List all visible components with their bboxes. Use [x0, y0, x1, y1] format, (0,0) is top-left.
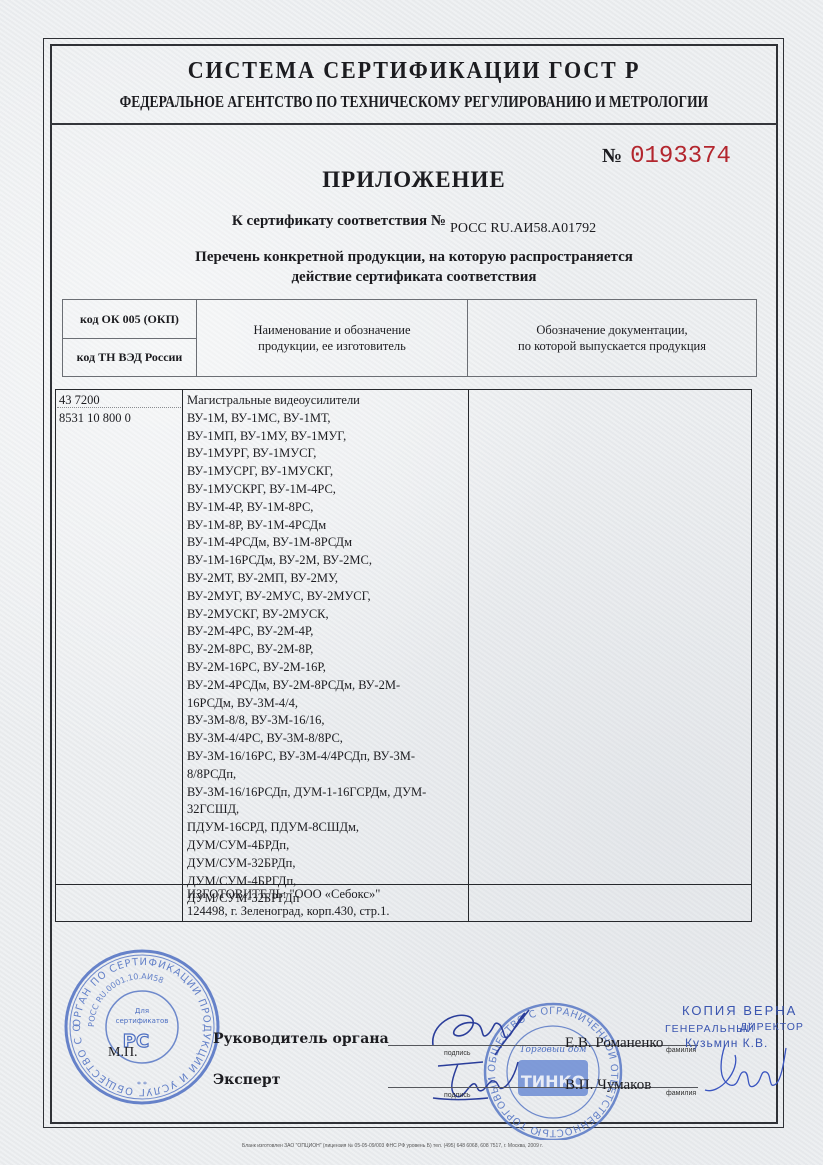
product-line: ВУ-1М, ВУ-1МС, ВУ-1МТ,: [187, 410, 465, 428]
product-line: ВУ-3М-8/8, ВУ-3М-16/16,: [187, 712, 465, 730]
head-name: Е.В. Романенко: [565, 1035, 663, 1052]
product-line: ВУ-1М-16РСДм, ВУ-2М, ВУ-2МС,: [187, 552, 465, 570]
surname-caption: фамилия: [666, 1090, 696, 1097]
code-okp-label: код ОК 005 (ОКП): [63, 300, 196, 339]
svg-text:* *: * *: [137, 1080, 147, 1089]
expert-signature-icon: [428, 1056, 528, 1106]
system-title: СИСТЕМА СЕРТИФИКАЦИИ ГОСТ Р: [79, 58, 749, 85]
name-header-line-1: Наименование и обозначение: [253, 322, 410, 338]
product-line: 32ГСШД,: [187, 801, 465, 819]
expert-signature-line: [388, 1087, 698, 1088]
svg-text:сертификатов: сертификатов: [116, 1017, 169, 1025]
code-tnved-label: код ТН ВЭД России: [63, 339, 196, 377]
product-line: ВУ-1МП, ВУ-1МУ, ВУ-1МУГ,: [187, 428, 465, 446]
expert-label: Эксперт: [213, 1072, 280, 1088]
product-codes: 43 7200 8531 10 800 0: [59, 392, 131, 428]
product-line: ВУ-1МУСКРГ, ВУ-1М-4РС,: [187, 481, 465, 499]
svg-text:Для: Для: [135, 1007, 149, 1015]
name-column-header: Наименование и обозначение продукции, ее…: [197, 300, 468, 376]
signature-caption: подпись: [444, 1092, 470, 1099]
certification-seal-icon: ОРГАН ПО СЕРТИФИКАЦИИ ПРОДУКЦИИ И УСЛУГ …: [62, 947, 222, 1107]
name-header-line-2: продукции, ее изготовитель: [253, 338, 410, 354]
product-category: Магистральные видеоусилители: [187, 392, 465, 410]
product-line: ВУ-2М-4РС, ВУ-2М-4Р,: [187, 623, 465, 641]
manufacturer: ИЗГОТОВИТЕЛЬ: "ООО «Себокс»" 124498, г. …: [187, 886, 389, 920]
serial-value: 0193374: [630, 143, 731, 170]
column-divider: [468, 389, 469, 922]
product-line: ВУ-2М-16РС, ВУ-2М-16Р,: [187, 659, 465, 677]
scope-line-2: действие сертификата соответствия: [50, 267, 778, 287]
manufacturer-name: ИЗГОТОВИТЕЛЬ: "ООО «Себокс»": [187, 886, 389, 903]
product-line: ВУ-1М-8Р, ВУ-1М-4РСДм: [187, 517, 465, 535]
product-line: ВУ-1МУРГ, ВУ-1МУСГ,: [187, 445, 465, 463]
code-tnved-value: 8531 10 800 0: [59, 410, 131, 428]
certificate-label: К сертификату соответствия №: [232, 213, 446, 229]
head-label: Руководитель органа: [213, 1031, 389, 1047]
product-list: Магистральные видеоусилителиВУ-1М, ВУ-1М…: [187, 392, 465, 908]
docs-header-line-2: по которой выпускается продукция: [518, 338, 706, 354]
signature-caption: подпись: [444, 1050, 470, 1057]
product-line: ВУ-2М-4РСДм, ВУ-2М-8РСДм, ВУ-2М-: [187, 677, 465, 695]
product-line: ПДУМ-16СРД, ПДУМ-8СШДм,: [187, 819, 465, 837]
column-divider: [182, 389, 183, 922]
table-header: код ОК 005 (ОКП) код ТН ВЭД России Наиме…: [62, 299, 757, 377]
product-line: ВУ-1М-4Р, ВУ-1М-8РС,: [187, 499, 465, 517]
copy-certified-text: КОПИЯ ВЕРНА: [682, 1004, 797, 1018]
copy-position-2: ДИРЕКТОР: [740, 1020, 804, 1034]
docs-header-line-1: Обозначение документации,: [518, 322, 706, 338]
certificate-reference: К сертификату соответствия №РОСС RU.АИ58…: [50, 213, 778, 230]
serial-prefix: №: [602, 145, 622, 167]
product-line: ВУ-1М-4РСДм, ВУ-1М-8РСДм: [187, 534, 465, 552]
product-line: ДУМ/СУМ-4БРДп,: [187, 837, 465, 855]
product-line: ВУ-2МУСКГ, ВУ-2МУСК,: [187, 606, 465, 624]
serial-number: №0193374: [602, 142, 731, 170]
product-line: ВУ-3М-16/16РСДп, ДУМ-1-16ГСРДм, ДУМ-: [187, 784, 465, 802]
print-note: Бланк изготовлен ЗАО "ОПЦИОН" (лицензия …: [242, 1143, 543, 1149]
product-line: ВУ-2МТ, ВУ-2МП, ВУ-2МУ,: [187, 570, 465, 588]
page-title: ПРИЛОЖЕНИЕ: [50, 167, 778, 193]
product-line: ВУ-3М-16/16РС, ВУ-3М-4/4РСДп, ВУ-3М-: [187, 748, 465, 766]
expert-name: В.П. Чумаков: [565, 1077, 651, 1094]
header-divider: [50, 123, 778, 125]
product-line: ВУ-3М-4/4РС, ВУ-3М-8/8РС,: [187, 730, 465, 748]
agency-text: ФЕДЕРАЛЬНОЕ АГЕНТСТВО ПО ТЕХНИЧЕСКОМУ РЕ…: [120, 92, 709, 112]
code-okp-value: 43 7200: [59, 392, 131, 410]
product-line: ВУ-2М-8РС, ВУ-2М-8Р,: [187, 641, 465, 659]
docs-column-header: Обозначение документации, по которой вып…: [468, 300, 756, 376]
manufacturer-address: 124498, г. Зеленоград, корп.430, стр.1.: [187, 903, 389, 920]
scope-line-1: Перечень конкретной продукции, на котору…: [50, 247, 778, 267]
code-column-header: код ОК 005 (ОКП) код ТН ВЭД России: [63, 300, 197, 376]
scope-statement: Перечень конкретной продукции, на котору…: [50, 247, 778, 287]
product-line: ВУ-1МУСРГ, ВУ-1МУСКГ,: [187, 463, 465, 481]
copy-name: Кузьмин К.В.: [685, 1036, 768, 1050]
product-line: 8/8РСДп,: [187, 766, 465, 784]
product-line: 16РСДм, ВУ-3М-4/4,: [187, 695, 465, 713]
agency-title: ФЕДЕРАЛЬНОЕ АГЕНТСТВО ПО ТЕХНИЧЕСКОМУ РЕ…: [50, 92, 778, 112]
certificate-number: РОСС RU.АИ58.А01792: [450, 221, 596, 236]
product-line: ВУ-2МУГ, ВУ-2МУС, ВУ-2МУСГ,: [187, 588, 465, 606]
seal-place-label: М.П.: [108, 1045, 138, 1061]
product-line: ДУМ/СУМ-32БРДп,: [187, 855, 465, 873]
